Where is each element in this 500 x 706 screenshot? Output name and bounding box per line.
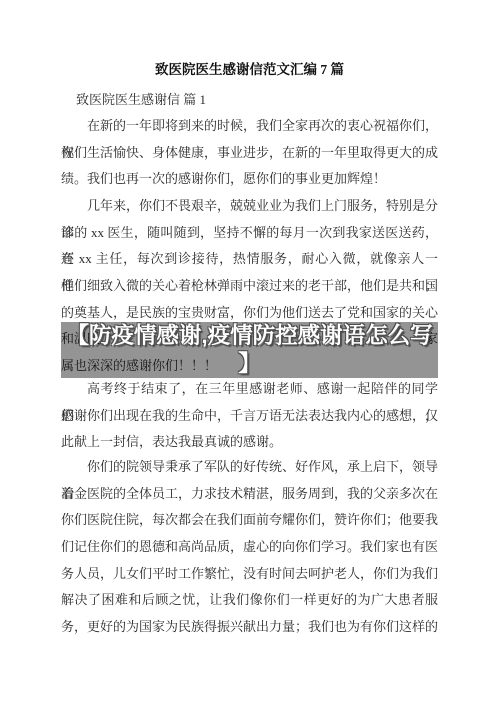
text-line: 有 xx 主任，每次到诊接待，热情服务，耐心入微，就像亲人一样； xyxy=(61,246,438,273)
paragraph-3: 高考终于结束了，在三年里感谢老师、感谢一起陪伴的同学们， 感谢你们出现在我的生命… xyxy=(61,376,438,456)
text-line: 绩。我们也再一次的感谢你们，愿你们的事业更加辉煌！ xyxy=(61,166,438,193)
text-line: 们记住你们的恩德和高尚品质，虚心的向你们学习。我们家也有医 xyxy=(61,534,438,561)
document-page: 致医院医生感谢信范文汇编 7 篇 致医院医生感谢信 篇 1 在新的一年即将到来的… xyxy=(0,0,500,706)
paragraph-4: 你们的院领导秉承了军队的好传统、好作风，承上启下，领导着 冶金医院的全体员工，力… xyxy=(61,454,438,641)
text-line: 感谢你们出现在我的生命中，千言万语无法表达我内心的感想，仅 xyxy=(61,403,438,430)
text-line: 你们医院住院，每次都会在我们面前夸耀你们，赞许你们；他要我 xyxy=(61,507,438,534)
text-line: 在新的一年即将到来的时候，我们全家再次的衷心祝福你们，祝 xyxy=(61,113,438,140)
overlay-banner: 【防疫情感谢,疫情防控感谢语怎么写 】 xyxy=(61,322,438,378)
text-line: 你们生活愉快、身体健康，事业进步，在新的一年里取得更大的成 xyxy=(61,140,438,167)
text-line: 务人员，儿女们平时工作繁忙，没有时间去呵护老人，你们为我们 xyxy=(61,561,438,588)
text-line: 解决了困难和后顾之忧，让我们像你们一样更好的为广大患者服 xyxy=(61,587,438,614)
text-line: 部的 xx 医生，随叫随到，坚持不懈的每月一次到我家送医送药，还 xyxy=(61,220,438,247)
document-title: 致医院医生感谢信范文汇编 7 篇 xyxy=(61,60,438,80)
paragraph-1: 在新的一年即将到来的时候，我们全家再次的衷心祝福你们，祝 你们生活愉快、身体健康… xyxy=(61,113,438,193)
text-line: 他们细致入微的关心着枪林弹雨中滚过来的老干部，他们是共和国 xyxy=(61,273,438,300)
text-line: 几年来，你们不畏艰辛，兢兢业业为我们上门服务，特别是分诊 xyxy=(61,193,438,220)
section-heading: 致医院医生感谢信 篇 1 xyxy=(61,90,438,110)
text-line: 冶金医院的全体员工，力求技术精湛，服务周到，我的父亲多次在 xyxy=(61,481,438,508)
text-line: 务，更好的为国家为民族得振兴献出力量；我们也为有你们这样的 xyxy=(61,614,438,641)
banner-text: 【防疫情感谢,疫情防控感谢语怎么写 xyxy=(61,322,438,350)
text-line: 你们的院领导秉承了军队的好传统、好作风，承上启下，领导着 xyxy=(61,454,438,481)
banner-text-close-bracket: 】 xyxy=(61,350,438,378)
text-line: 高考终于结束了，在三年里感谢老师、感谢一起陪伴的同学们， xyxy=(61,376,438,403)
text-line: 此献上一封信，表达我最真诚的感谢。 xyxy=(61,429,438,456)
